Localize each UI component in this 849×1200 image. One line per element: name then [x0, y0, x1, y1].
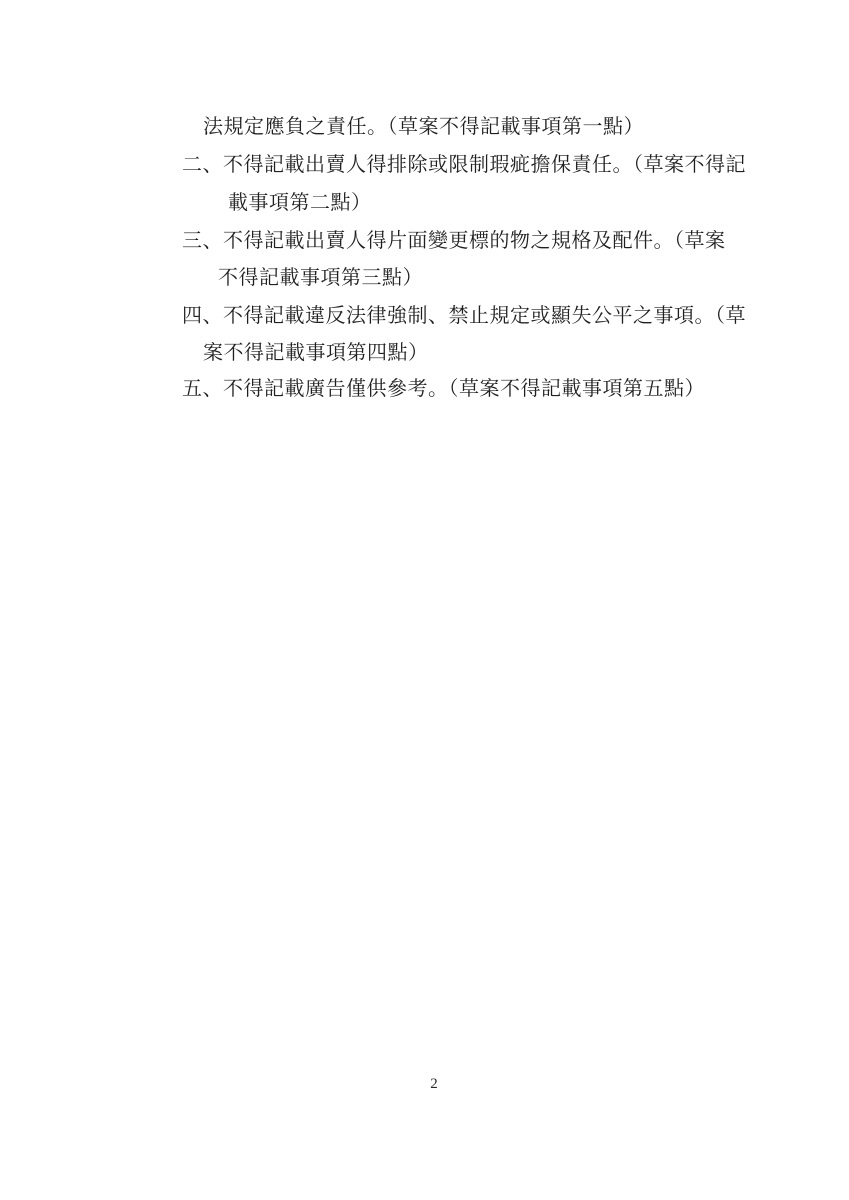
text-line-item3: 三、不得記載出賣人得片面變更標的物之規格及配件。（草案 — [182, 228, 726, 254]
text-line-item2-continuation: 載事項第二點） — [228, 190, 372, 216]
text-line-item4: 四、不得記載違反法律強制、禁止規定或顯失公平之事項。（草 — [182, 303, 746, 329]
text-line-item3-continuation: 不得記載事項第三點） — [218, 265, 423, 291]
text-line-item2: 二、不得記載出賣人得排除或限制瑕疵擔保責任。（草案不得記 — [182, 152, 746, 178]
text-line-item5: 五、不得記載廣告僅供參考。（草案不得記載事項第五點） — [182, 376, 705, 402]
text-line-item4-continuation: 案不得記載事項第四點） — [203, 340, 429, 366]
document-page: 法規定應負之責任。（草案不得記載事項第一點） 二、不得記載出賣人得排除或限制瑕疵… — [0, 0, 849, 1200]
page-number: 2 — [424, 1076, 444, 1093]
text-line-item1-continuation: 法規定應負之責任。（草案不得記載事項第一點） — [203, 114, 644, 140]
